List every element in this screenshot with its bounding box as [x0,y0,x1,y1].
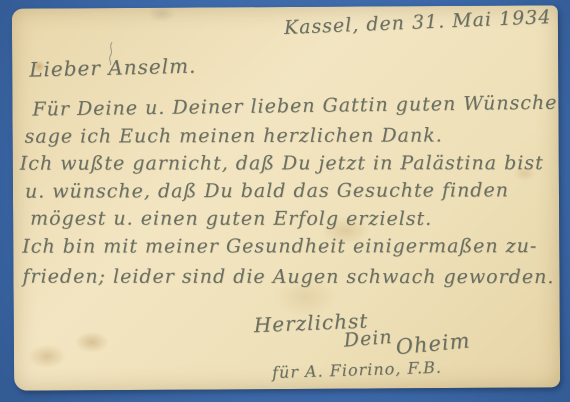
body-line: Ich bin mit meiner Gesundheit einigermaß… [22,237,537,256]
body-line: u. wünsche, daß Du bald das Gesuchte fin… [25,181,509,201]
body-line: frieden; leider sind die Augen schwach g… [22,268,554,287]
body-line: sage ich Euch meinen herzlichen Dank. [25,127,443,147]
salutation: Lieber Anselm. [29,56,197,80]
body-line: mögest u. einen guten Erfolg erzielst. [30,210,432,229]
body-line: Für Deine u. Deiner lieben Gattin guten … [32,94,557,120]
closing-word: Dein [343,328,393,351]
signature: für A. Fiorino, F.B. [272,360,442,381]
body-line: Ich wußte garnicht, daß Du jetzt in Palä… [20,154,544,173]
dateline: Kassel, den 31. Mai 1934 [284,8,552,38]
postcard-paper: Kassel, den 31. Mai 1934 Lieber Anselm. … [12,5,560,390]
scan-background: Kassel, den 31. Mai 1934 Lieber Anselm. … [0,0,570,402]
closing-word: Oheim [395,330,471,358]
